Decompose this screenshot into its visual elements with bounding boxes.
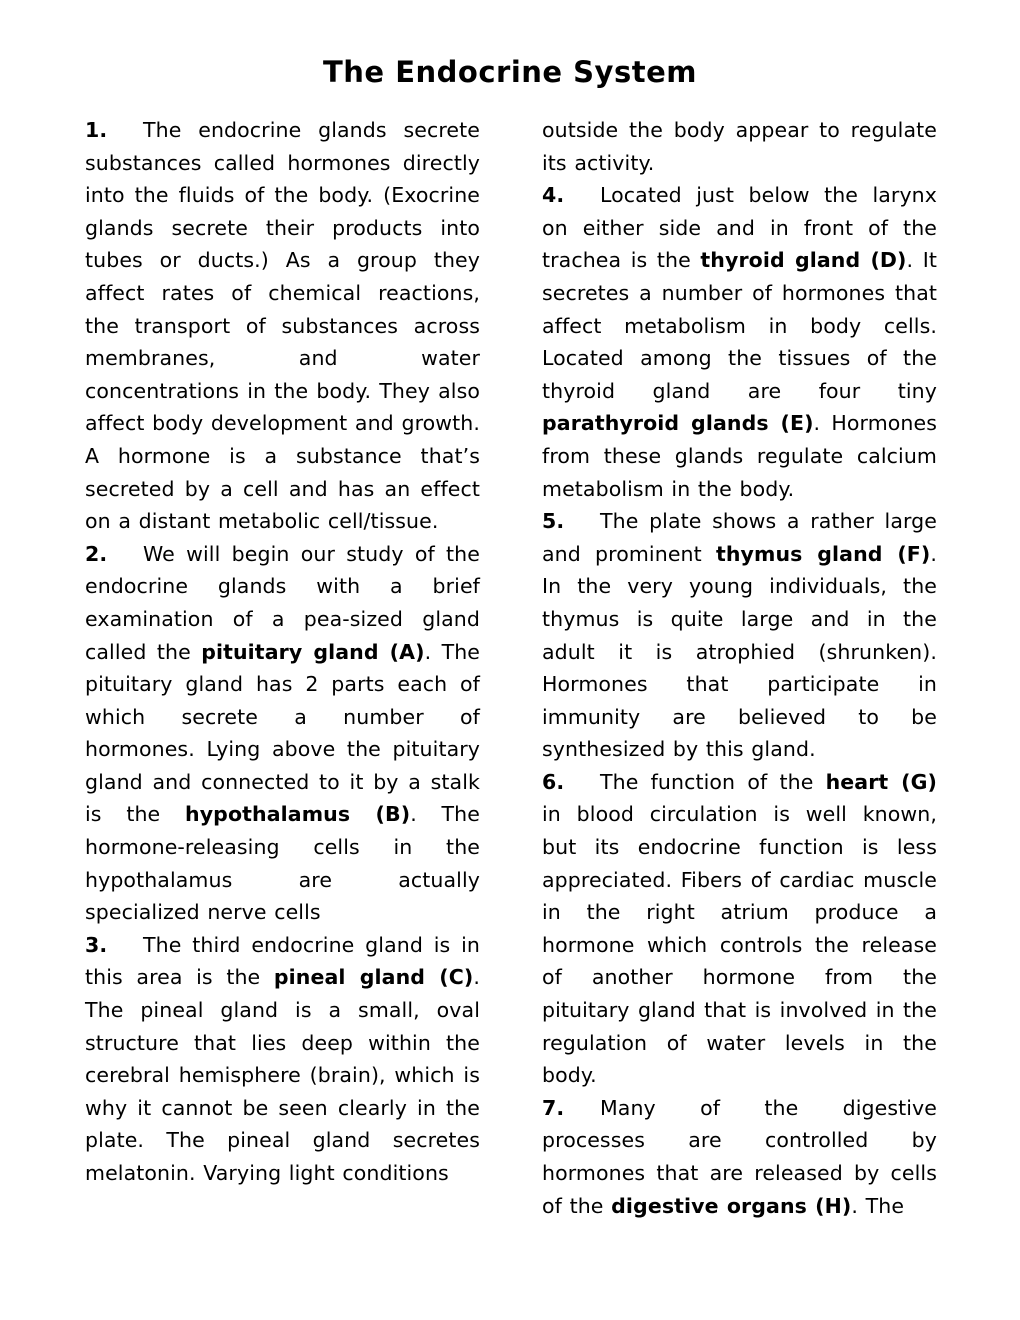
paragraph: 2.We will begin our study of the endocri… <box>85 538 480 929</box>
page-title: The Endocrine System <box>0 52 1020 92</box>
paragraph: 6.The function of the heart (G) in blood… <box>542 766 937 1092</box>
paragraph-number: 6. <box>542 766 600 799</box>
text-run: . The pineal gland is a small, oval stru… <box>85 965 480 1185</box>
bold-term: thymus gland (F) <box>716 542 930 566</box>
bold-term: pituitary gland (A) <box>201 640 424 664</box>
paragraph-number: 1. <box>85 114 143 147</box>
right-column: outside the body appear to regulate its … <box>542 114 937 1222</box>
bold-term: hypothalamus (B) <box>185 802 410 826</box>
paragraph-number: 5. <box>542 505 600 538</box>
paragraph-number: 7. <box>542 1092 600 1125</box>
paragraph-number: 4. <box>542 179 600 212</box>
left-column: 1.The endocrine glands secrete substance… <box>85 114 480 1222</box>
text-run: The endocrine glands secrete substances … <box>85 118 480 533</box>
bold-term: parathyroid glands (E) <box>542 411 814 435</box>
paragraph: outside the body appear to regulate its … <box>542 114 937 179</box>
paragraph: 1.The endocrine glands secrete substance… <box>85 114 480 538</box>
text-run: . The <box>851 1194 904 1218</box>
paragraph-number: 2. <box>85 538 143 571</box>
text-columns: 1.The endocrine glands secrete substance… <box>0 114 1020 1222</box>
bold-term: pineal gland (C) <box>274 965 474 989</box>
document-page: The Endocrine System 1.The endocrine gla… <box>0 0 1020 1320</box>
paragraph: 7.Many of the digestive processes are co… <box>542 1092 937 1222</box>
text-run: outside the body appear to regulate its … <box>542 118 937 175</box>
text-run: . In the very young individuals, the thy… <box>542 542 937 762</box>
bold-term: heart (G) <box>826 770 937 794</box>
paragraph: 4.Located just below the larynx on eithe… <box>542 179 937 505</box>
text-run: . The pituitary gland has 2 parts each o… <box>85 640 480 827</box>
paragraph-number: 3. <box>85 929 143 962</box>
text-run: The function of the <box>600 770 826 794</box>
bold-term: thyroid gland (D) <box>700 248 906 272</box>
bold-term: digestive organs (H) <box>611 1194 851 1218</box>
text-run: in blood circulation is well known, but … <box>542 802 937 1087</box>
paragraph: 5.The plate shows a rather large and pro… <box>542 505 937 766</box>
paragraph: 3.The third endocrine gland is in this a… <box>85 929 480 1190</box>
